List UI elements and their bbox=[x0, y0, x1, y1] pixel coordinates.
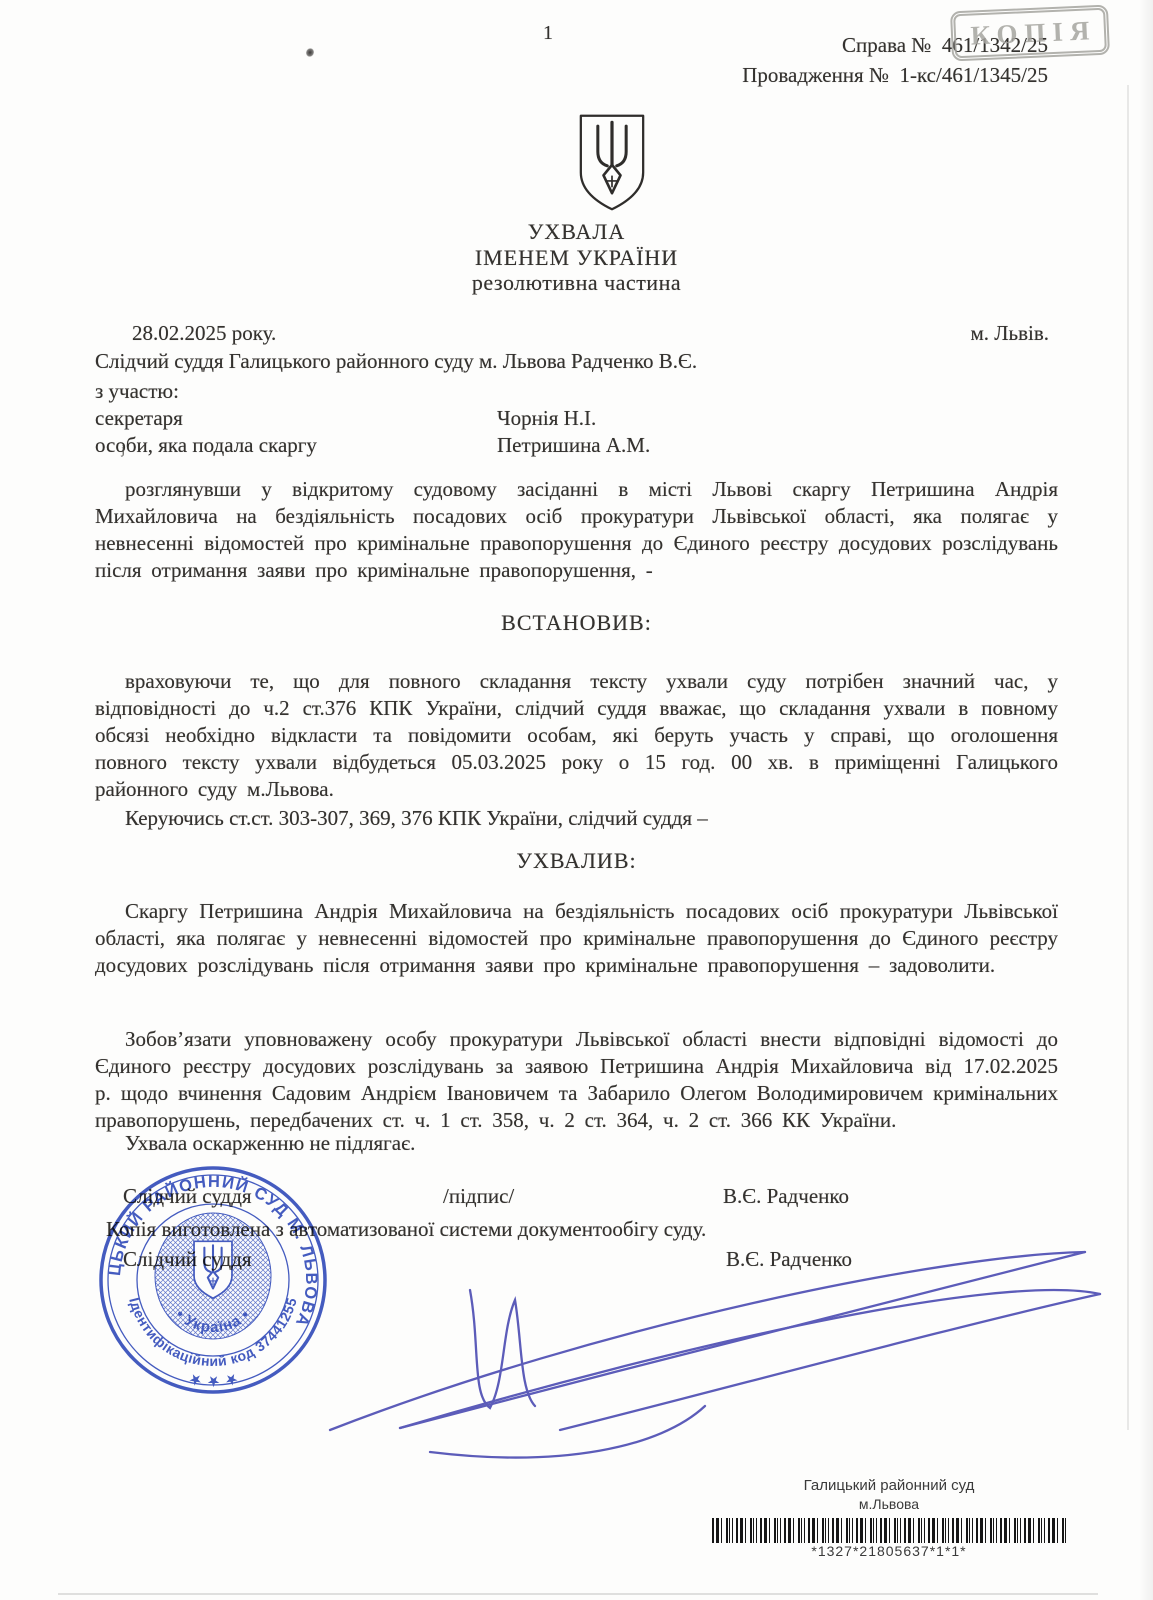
guided-by-line: Керуючись ст.ст. 303-307, 369, 376 КПК У… bbox=[95, 805, 708, 832]
copy-stamp-inner-border: КОПІЯ bbox=[953, 8, 1107, 59]
title-in-name-of-ukraine: ІМЕНЕМ УКРАЇНИ bbox=[0, 245, 1153, 271]
established-paragraph: враховуючи те, що для повного складання … bbox=[95, 668, 1058, 803]
title-uhvala: УХВАЛА bbox=[0, 219, 1153, 245]
scan-speck bbox=[304, 47, 315, 59]
ruling-paragraph-1: Скаргу Петришина Андрія Михайловича на б… bbox=[95, 898, 1058, 979]
with-participation-label: з участю: bbox=[95, 378, 179, 405]
signature-ink bbox=[300, 1230, 1120, 1470]
copy-stamp: КОПІЯ bbox=[950, 5, 1110, 62]
established-heading: ВСТАНОВИВ: bbox=[0, 610, 1153, 636]
decision-place: м. Львів. bbox=[970, 320, 1049, 347]
copy-stamp-label: КОПІЯ bbox=[963, 15, 1097, 52]
considered-paragraph: розглянувши у відкритому судовому засіда… bbox=[95, 476, 1058, 584]
no-appeal-line: Ухвала оскарженню не підлягає. bbox=[125, 1130, 415, 1157]
ruling-paragraph-2: Зобов’язати уповноважену особу прокурату… bbox=[95, 1026, 1058, 1134]
court-seal-stamp: ГАЛИЦЬКИЙ РАЙОННИЙ СУД М. ЛЬВОВА ★ ★ ★ І… bbox=[95, 1162, 331, 1398]
barcode-caption: *1327*21805637*1*1* bbox=[712, 1543, 1066, 1559]
scan-bottom-line bbox=[58, 1593, 1098, 1595]
svg-text:★ ★ ★: ★ ★ ★ bbox=[187, 1371, 238, 1389]
participant-row: особи, яка подала скаргу Петришина А.М. bbox=[95, 432, 1058, 459]
decision-date: 28.02.2025 року. bbox=[132, 320, 276, 347]
proceeding-number: 1-кс/461/1345/25 bbox=[900, 63, 1049, 87]
footer-court-name: Галицький районний суд bbox=[700, 1477, 1078, 1494]
scan-artifact-mark: ʲ bbox=[121, 440, 124, 466]
signature-placeholder: /підпис/ bbox=[443, 1183, 514, 1210]
trident-emblem-icon bbox=[573, 112, 651, 214]
title-resolutive-part: резолютивна частина bbox=[0, 270, 1153, 296]
judge-line: Слідчий суддя Галицького районного суду … bbox=[95, 348, 697, 375]
participant-role: секретаря bbox=[95, 406, 183, 430]
footer-court-city: м.Львова bbox=[700, 1496, 1078, 1512]
scan-edge-line bbox=[1127, 85, 1129, 1430]
participant-role: особи, яка подала скаргу bbox=[95, 433, 317, 457]
participant-row: секретаря Чорнія Н.І. bbox=[95, 405, 1058, 432]
proceeding-number-line: Провадження № 1-кс/461/1345/25 bbox=[742, 60, 1048, 90]
scan-edge-shadow bbox=[1139, 0, 1153, 1600]
participant-name: Петришина А.М. bbox=[497, 432, 650, 459]
page-number: 1 bbox=[543, 20, 553, 47]
barcode bbox=[712, 1518, 1066, 1543]
ruling-heading: УХВАЛИВ: bbox=[0, 848, 1153, 874]
seal-trident-icon bbox=[194, 1241, 232, 1298]
seal-bottom-decor: ★ ★ ★ bbox=[187, 1371, 238, 1389]
court-decision-document: 1 Справа № 461/1342/25 Провадження № 1-к… bbox=[0, 0, 1153, 1600]
participant-name: Чорнія Н.І. bbox=[497, 405, 596, 432]
judge-name: В.Є. Радченко bbox=[723, 1183, 849, 1210]
